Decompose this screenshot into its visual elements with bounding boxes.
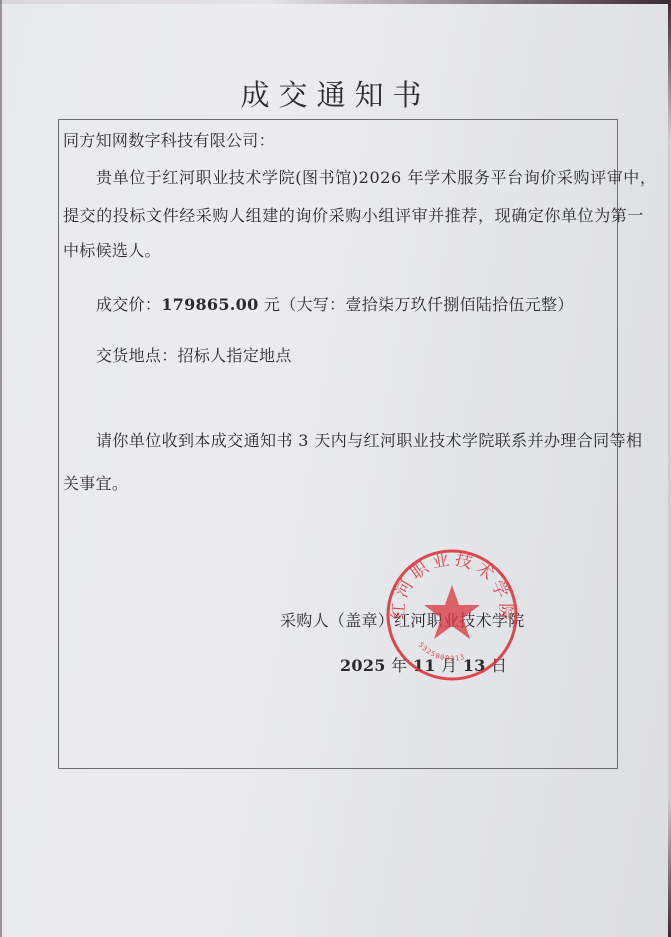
- issue-date: 2025 年 11 月 13 日: [340, 653, 507, 676]
- delivery-location: 交货地点：招标人指定地点: [96, 343, 292, 366]
- paragraph-1-line-1: 贵单位于红河职业技术学院(图书馆)2026 年学术服务平台询价采购评审中，: [96, 165, 657, 188]
- addressee: 同方知网数字科技有限公司：: [63, 128, 275, 151]
- date-day: 13: [463, 656, 486, 675]
- paragraph-1-line-3: 中标候选人。: [63, 238, 161, 261]
- date-month-unit: 月: [436, 656, 463, 675]
- purchaser-signature: 采购人（盖章）红河职业技术学院: [280, 608, 525, 631]
- page-edge: [0, 0, 671, 4]
- date-year: 2025: [340, 656, 386, 675]
- paragraph-2-line-1: 请你单位收到本成交通知书 3 天内与红河职业技术学院联系并办理合同等相: [96, 428, 642, 451]
- paragraph-1-line-2: 提交的投标文件经采购人组建的询价采购小组评审并推荐，现确定你单位为第一: [63, 203, 644, 226]
- signature-org: 红河职业技术学院: [394, 611, 524, 630]
- delivery-label: 交货地点：: [96, 346, 178, 365]
- transaction-price: 成交价：179865.00 元（大写：壹拾柒万玖仟捌佰陆拾伍元整）: [96, 292, 574, 315]
- price-amount: 179865.00: [161, 295, 258, 314]
- paragraph-2-line-2: 关事宜。: [63, 471, 128, 494]
- date-month: 11: [413, 656, 436, 675]
- document-title: 成交通知书: [0, 73, 671, 114]
- page-edge: [0, 0, 2, 937]
- date-day-unit: 日: [486, 656, 508, 675]
- date-year-unit: 年: [386, 656, 413, 675]
- price-uppercase: （大写：壹拾柒万玖仟捌佰陆拾伍元整）: [280, 295, 573, 314]
- signature-label: 采购人（盖章）: [280, 611, 394, 630]
- delivery-value: 招标人指定地点: [178, 346, 292, 365]
- price-label: 成交价：: [96, 295, 161, 314]
- price-unit: 元: [259, 295, 281, 314]
